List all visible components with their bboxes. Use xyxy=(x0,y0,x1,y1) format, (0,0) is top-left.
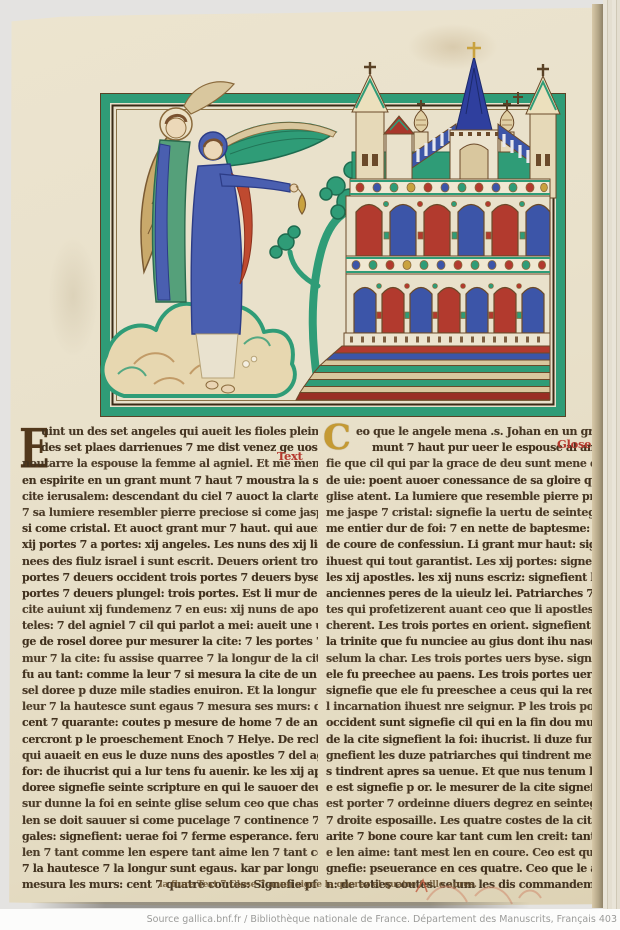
source-attribution-bar: Source gallica.bnf.fr / Bibliothèque nat… xyxy=(0,909,620,930)
manuscript-text-line: tes qui profetizerent auant ceo que li a… xyxy=(326,602,606,618)
manuscript-text-line: cite ierusalem: descendant du ciel 7 auo… xyxy=(22,489,318,505)
bare-foot xyxy=(222,385,235,393)
parchment-stain xyxy=(48,236,98,356)
manuscript-text-line: occident sunt signefie cil qui en la fin… xyxy=(326,715,606,731)
manuscript-text-line: 7 sa lumiere resembler pierre preciose s… xyxy=(22,505,318,521)
upper-arcade xyxy=(346,196,550,256)
lower-jeweled-frieze xyxy=(346,256,550,274)
manuscript-text-line: for: de ihucrist qui a lur tens fu aueni… xyxy=(22,764,318,780)
manuscript-text-line: les xij apostles. les xij nuns escriz: s… xyxy=(326,570,606,586)
manuscript-text-line: anciennes peres de la uieulz lei. Patria… xyxy=(326,586,606,602)
manuscript-text-line: des set plaes darrienues 7 me dist venez… xyxy=(22,440,318,456)
manuscript-text-line: s tindrent apres sa uenue. Et que nus te… xyxy=(326,764,606,780)
manuscript-text-line: nees des fiulz israel i sunt escrit. Deu… xyxy=(22,554,318,570)
manuscript-text-line: cercront p le proeschement Enoch 7 Helye… xyxy=(22,732,318,748)
rubric-glose-marker: Glose xyxy=(557,437,591,451)
manuscript-text-line: arite 7 bone coure kar tant cum len crei… xyxy=(326,829,606,845)
shrine-niche xyxy=(460,144,488,180)
gold-cross-icon xyxy=(467,42,481,58)
stepped-base xyxy=(296,346,550,400)
lower-arcade xyxy=(346,274,550,333)
manuscript-text-line: signefie que ele fu preeschee a ceus qui… xyxy=(326,683,606,699)
rubric-text-marker: Text xyxy=(277,449,303,463)
page-bottom-shadow xyxy=(30,902,530,908)
manuscript-text-line: uint un des set angeles qui aueit les fi… xyxy=(22,424,318,440)
manuscript-text-line: portes 7 deuers occident trois portes 7 … xyxy=(22,570,318,586)
manuscript-text-line: l incarnation ihuest nre seignur. P les … xyxy=(326,699,606,715)
manuscript-text-line: leur 7 la hautesce sunt egaus 7 mesura s… xyxy=(22,699,318,715)
cross-icon xyxy=(364,62,376,74)
manuscript-text-line: mur 7 la cite: fu assise quarree 7 la lo… xyxy=(22,651,318,667)
flower-dot xyxy=(251,356,257,362)
manuscript-text-line: cent 7 quarante: coutes p mesure de home… xyxy=(22,715,318,731)
manuscript-text-line: teles: 7 del agniel 7 cil qui parlot a m… xyxy=(22,618,318,634)
page-thickness-edge xyxy=(592,4,603,908)
manuscript-text-line: portes 7 deuers plungel: trois portes. E… xyxy=(22,586,318,602)
right-spire-tower xyxy=(526,64,560,198)
cross-icon xyxy=(537,64,549,76)
manuscript-text-line: xij portes 7 a portes: xij angeles. Les … xyxy=(22,537,318,553)
white-undergown xyxy=(196,334,238,378)
manuscript-text-line: si come cristal. Et auoct grant mur 7 ha… xyxy=(22,521,318,537)
john-blue-robe xyxy=(191,164,242,334)
bare-foot xyxy=(206,381,218,389)
next-folio-edge xyxy=(603,0,620,912)
hand xyxy=(290,184,298,192)
manuscript-text-line: noutarre la espouse la femme al agniel. … xyxy=(22,456,318,472)
manuscript-text-line: fie que cil qui par la grace de deu sunt… xyxy=(326,456,606,472)
manuscript-text-line: de coure de confessiun. Li grant mur hau… xyxy=(326,537,606,553)
manuscript-text-line: sur dunne la foi en seinte glise selum c… xyxy=(22,796,318,812)
manuscript-text-line: de la cite signefient la foi: ihucrist. … xyxy=(326,732,606,748)
upper-jeweled-frieze xyxy=(350,179,550,196)
manuscript-text-line: glise atent. La lumiere que resemble pie… xyxy=(326,489,606,505)
manuscript-text-line: cherent. Les trois portes en orient. sig… xyxy=(326,618,606,634)
manuscript-text-line: en espirite en un grant munt 7 haut 7 mo… xyxy=(22,473,318,489)
manuscript-text-line: qui auaeit en eus le duze nuns des apost… xyxy=(22,748,318,764)
manuscript-text-line: cite auiunt xij fundemenz 7 en eus: xij … xyxy=(22,602,318,618)
manuscript-text-line: la trinite que fu nunciee au gius dont i… xyxy=(326,634,606,650)
manuscript-text-line: me entier dur de foi: 7 en nette de bapt… xyxy=(326,521,606,537)
manuscript-text-line: ele fu preechee au paens. Les trois port… xyxy=(326,667,606,683)
flower-dot xyxy=(243,361,250,368)
red-caret-mark xyxy=(416,880,427,892)
manuscript-text-line: len 7 tant comme len espere tant aime le… xyxy=(22,845,318,861)
manuscript-text-line: ihuest qui tout garantist. Les xij porte… xyxy=(326,554,606,570)
manuscript-text-line: de uie: poent auoer conessance de sa glo… xyxy=(326,473,606,489)
battlement-band xyxy=(344,333,550,346)
manuscript-text-line: gnefient les duze patriarches qui tindre… xyxy=(326,748,606,764)
manuscript-text-line: 7 droite esposaille. Les quatre costes d… xyxy=(326,813,606,829)
manuscript-text-line: e len aime: tant mest len en coure. Ceo … xyxy=(326,845,606,861)
screenshot-root: E C uint un des set angeles qui aueit le… xyxy=(0,0,620,930)
attribution-text: Source gallica.bnf.fr / Bibliothèque nat… xyxy=(147,914,617,925)
manuscript-text-line: ge de rosel doree pur mesurer la cite: 7… xyxy=(22,634,318,650)
manuscript-text-line: len se doit sauuer si come pucelage 7 co… xyxy=(22,813,318,829)
manuscript-text-line: doree signefie seinte scripture en qui l… xyxy=(22,780,318,796)
left-text-column: uint un des set angeles qui aueit les fi… xyxy=(22,424,318,893)
manuscript-text-line: e est signefie p or. le mesurer de la ci… xyxy=(326,780,606,796)
manuscript-text-line: me jaspe 7 cristal: signefie la uertu de… xyxy=(326,505,606,521)
manuscript-text-line: 7 la hautesce 7 la longur sunt egaus. ka… xyxy=(22,861,318,877)
miniature-illustration xyxy=(94,34,572,420)
right-text-column: eo que le angele mena .s. Johan en un gr… xyxy=(326,424,606,893)
manuscript-text-line: est porter 7 ordeinne diuers degrez en s… xyxy=(326,796,606,812)
left-spire-tower xyxy=(352,62,388,198)
manuscript-text-line: sel doree p duze mile stadies enuiron. E… xyxy=(22,683,318,699)
manuscript-text-line: selum la char. Les trois portes uers bys… xyxy=(326,651,606,667)
manuscript-text-line: fu au tant: comme la leur 7 si mesura la… xyxy=(22,667,318,683)
manuscript-text-line: gales: signefient: uerae foi 7 ferme esp… xyxy=(22,829,318,845)
manuscript-page: E C uint un des set angeles qui aueit le… xyxy=(8,6,596,907)
